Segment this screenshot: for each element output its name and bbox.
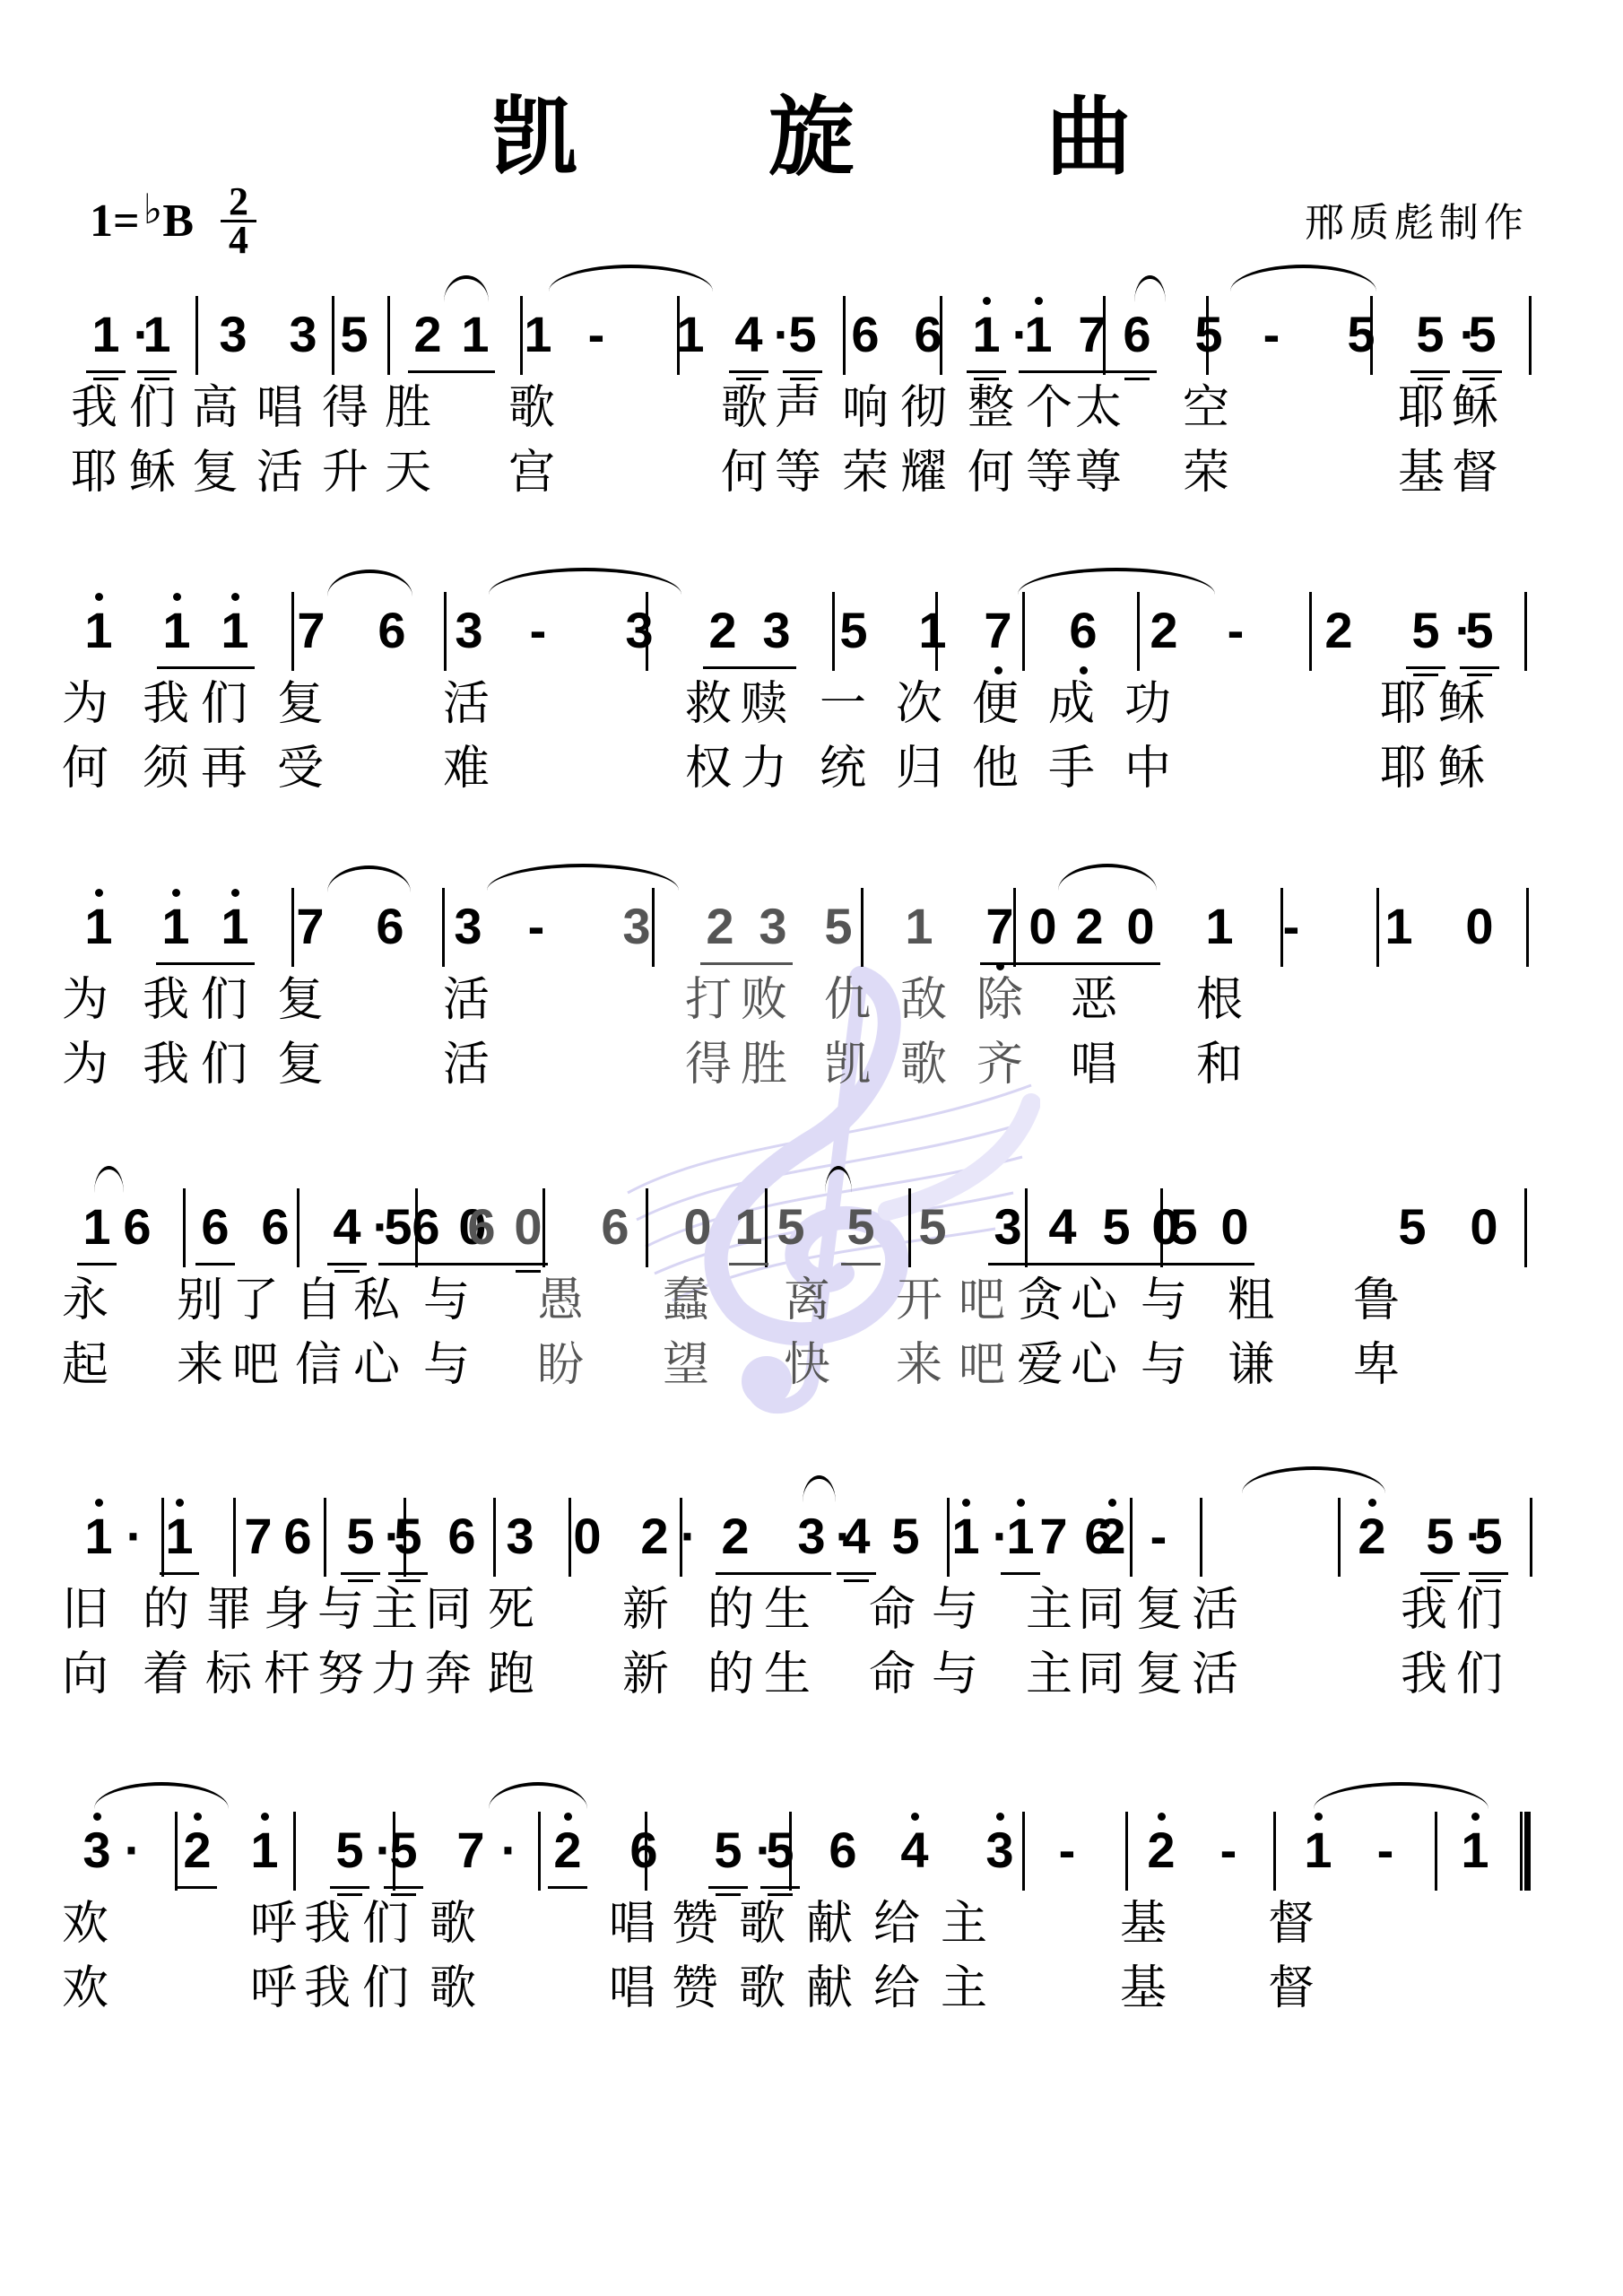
note: 6: [597, 1200, 633, 1254]
lyric-char: 打: [681, 973, 735, 1027]
lyric-char: 我: [67, 381, 121, 435]
sustain-dash: -: [1254, 308, 1289, 361]
note: 6: [372, 900, 408, 953]
lyric-char: 自: [291, 1274, 345, 1327]
lyric-char: 的: [704, 1583, 758, 1637]
slur-tie: [1018, 568, 1215, 595]
note: 6: [825, 1823, 861, 1877]
lyrics-verse-2: 向着标杆努力奔跑新的生命与主同复活我们: [0, 1648, 1623, 1701]
lyric-char: 响: [838, 381, 892, 435]
note: 4: [329, 1200, 365, 1254]
octave-high-dot-icon: [95, 889, 103, 897]
note: 6: [1119, 308, 1155, 361]
time-signature-top: 2: [229, 184, 248, 220]
lyric-char: 凯: [820, 1038, 874, 1091]
lyric-char: 们: [1453, 1648, 1506, 1701]
time-signature-bottom: 4: [229, 222, 248, 258]
beam-underline-second: [1418, 378, 1443, 380]
note: 7: [292, 900, 328, 953]
lyric-char: 整: [964, 381, 1018, 435]
note: 6: [464, 1200, 499, 1254]
lyric-char: 难: [439, 742, 493, 796]
lyric-char: 恶: [1067, 973, 1121, 1027]
barline: [1137, 592, 1140, 671]
lyric-char: 与: [928, 1648, 982, 1701]
augmentation-dot: ·: [680, 1509, 698, 1563]
beam-underline: [783, 370, 822, 373]
note: 3: [215, 308, 251, 361]
lyric-char: 败: [737, 973, 791, 1027]
sustain-dash: -: [1211, 1823, 1246, 1877]
lyric-char: 权: [681, 742, 735, 796]
note: 5: [1422, 1509, 1458, 1563]
beam-underline-second: [93, 378, 118, 380]
lyric-char: 呼: [247, 1961, 300, 2015]
octave-low-dot-icon: [1080, 666, 1088, 674]
note: 0: [510, 1200, 546, 1254]
lyric-char: 们: [126, 381, 179, 435]
beam-underline-second: [395, 1579, 421, 1582]
note: 1: [159, 604, 195, 657]
lyric-char: 我: [300, 1897, 354, 1951]
barline: [1130, 1498, 1133, 1577]
beam-underline: [195, 1263, 235, 1265]
lyric-char: 耶: [1376, 677, 1430, 731]
beam-underline-second: [144, 378, 169, 380]
lyric-char: 基: [1116, 1897, 1170, 1951]
note: 5: [343, 1509, 378, 1563]
lyric-char: 心: [350, 1338, 404, 1392]
lyric-char: 归: [892, 742, 946, 796]
lyric-char: 次: [892, 677, 946, 731]
note: 4: [1045, 1200, 1081, 1254]
lyric-char: 稣: [1435, 742, 1488, 796]
barline: [493, 1498, 496, 1577]
note: 1: [520, 308, 556, 361]
slur-tie: [1230, 265, 1376, 291]
beam-underline: [77, 1263, 117, 1265]
note: 1: [1002, 1509, 1038, 1563]
lyric-char: 基: [1394, 446, 1448, 500]
note: 1: [139, 308, 175, 361]
lyric-char: 我: [300, 1961, 354, 2015]
beam-underline: [837, 1572, 876, 1575]
note: 3: [619, 900, 655, 953]
lyric-char: 我: [1397, 1583, 1451, 1637]
note: 5: [1098, 1200, 1134, 1254]
note: 2: [179, 1823, 215, 1877]
note: 1: [1202, 900, 1237, 953]
lyrics-verse-1: 欢呼我们歌唱赞歌献给主基督: [0, 1897, 1623, 1951]
beam-underline-second: [1470, 378, 1495, 380]
lyric-char: 快: [780, 1338, 834, 1392]
note: 2: [1072, 900, 1107, 953]
beam-underline-second: [844, 1579, 869, 1582]
note: 3: [450, 900, 486, 953]
sustain-dash: -: [520, 604, 556, 657]
note: 1: [81, 900, 117, 953]
lyric-char: 等: [1022, 446, 1076, 500]
lyric-char: 敌: [897, 973, 950, 1027]
note: 7: [240, 1509, 276, 1563]
slur-tie: [489, 568, 681, 595]
note: 4: [838, 1509, 874, 1563]
octave-high-dot-icon: [1035, 297, 1043, 305]
beam-underline: [327, 1263, 367, 1265]
beam-underline: [384, 1886, 423, 1889]
lyric-char: 盼: [534, 1338, 587, 1392]
lyric-char: 给: [870, 1961, 924, 2015]
sustain-dash: -: [1218, 604, 1254, 657]
slur-tie: [489, 1782, 587, 1809]
slur-tie: [549, 265, 713, 291]
lyric-char: 等: [771, 446, 825, 500]
lyric-char: 复: [273, 973, 327, 1027]
note: 1: [79, 1200, 115, 1254]
slur-tie: [327, 865, 411, 892]
augmentation-dot: ·: [124, 1823, 142, 1877]
lyrics-verse-2: 欢呼我们歌唱赞歌献给主基督: [0, 1961, 1623, 2015]
note: 2: [1321, 604, 1357, 657]
barline: [387, 296, 390, 375]
barline: [1125, 1812, 1128, 1891]
lyric-char: 粗: [1224, 1274, 1278, 1327]
lyric-char: 歌: [735, 1961, 789, 2015]
barline: [1200, 1498, 1202, 1577]
beam-underline-second: [334, 1270, 360, 1273]
barline: [442, 888, 445, 967]
beam-underline: [408, 370, 495, 373]
beam-underline: [967, 370, 1006, 373]
lyric-char: 荣: [1179, 446, 1233, 500]
lyric-char: 歌: [426, 1961, 480, 2015]
lyric-char: 生: [760, 1583, 814, 1637]
note: 3: [79, 1823, 115, 1877]
slur-tie: [94, 1782, 229, 1809]
lyric-char: 成: [1045, 677, 1098, 731]
lyric-char: 给: [870, 1897, 924, 1951]
lyric-char: 须: [139, 742, 193, 796]
note: 1: [161, 1509, 197, 1563]
lyric-char: 同: [1074, 1583, 1128, 1637]
beam-underline: [703, 666, 796, 669]
note: 5: [762, 1823, 798, 1877]
lyric-char: 活: [253, 446, 307, 500]
sustain-dash: -: [1273, 900, 1309, 953]
note: 0: [680, 1200, 716, 1254]
beam-underline: [1410, 370, 1450, 373]
lyric-char: 活: [439, 677, 493, 731]
note: 2: [410, 308, 446, 361]
lyric-char: 力: [368, 1648, 421, 1701]
lyric-char: 离: [780, 1274, 834, 1327]
octave-high-dot-icon: [996, 1813, 1004, 1821]
octave-high-dot-icon: [261, 1813, 269, 1821]
note: 2: [702, 900, 738, 953]
note: 5: [390, 1509, 426, 1563]
lyric-char: 心: [1067, 1274, 1121, 1327]
slur-tie: [444, 275, 489, 302]
note: 6: [626, 1823, 662, 1877]
lyric-char: 何: [964, 446, 1018, 500]
lyric-char: 耶: [67, 446, 121, 500]
barline: [1022, 592, 1025, 671]
note: 5: [710, 1823, 746, 1877]
lyric-char: 根: [1193, 973, 1246, 1027]
note: 6: [197, 1200, 233, 1254]
lyric-char: 标: [202, 1648, 256, 1701]
lyric-char: 齐: [973, 1038, 1027, 1091]
lyrics-verse-2: 起来吧信心与盼望快来吧爱心与谦卑: [0, 1338, 1623, 1392]
note: 7: [1036, 1509, 1072, 1563]
barline: [297, 1188, 299, 1267]
lyric-char: 得: [681, 1038, 735, 1091]
lyric-char: 献: [803, 1897, 856, 1951]
lyric-char: 督: [1448, 446, 1502, 500]
lyric-char: 们: [197, 677, 251, 731]
beam-underline: [708, 1886, 748, 1889]
lyric-char: 胜: [381, 381, 435, 435]
octave-high-dot-icon: [1315, 1813, 1323, 1821]
beam-underline: [729, 1263, 768, 1265]
slur-tie: [803, 1475, 836, 1502]
note: 5: [1166, 1200, 1202, 1254]
barline: [1273, 1812, 1276, 1891]
lyric-char: 欢: [58, 1961, 112, 2015]
lyric-char: 歌: [735, 1897, 789, 1951]
beam-underline: [378, 1263, 548, 1265]
note: 6: [408, 1200, 444, 1254]
lyric-char: 赞: [668, 1961, 722, 2015]
lyric-char: 生: [760, 1648, 814, 1701]
lyric-char: 个: [1022, 381, 1076, 435]
barline: [1376, 888, 1379, 967]
note: 3: [759, 604, 794, 657]
beam-underline-second: [1413, 674, 1438, 676]
lyric-char: 何: [717, 446, 771, 500]
beam-underline: [548, 1886, 587, 1889]
beam-underline: [156, 962, 255, 965]
lyric-char: 歌: [717, 381, 771, 435]
note: 6: [444, 1509, 480, 1563]
lyric-char: 力: [737, 742, 791, 796]
octave-high-dot-icon: [95, 1499, 103, 1507]
lyric-char: 跑: [484, 1648, 538, 1701]
lyric-char: 歌: [505, 381, 559, 435]
note: 3: [990, 1200, 1026, 1254]
note: 2: [550, 1823, 586, 1877]
lyric-char: 命: [865, 1583, 919, 1637]
barline: [195, 296, 198, 375]
lyric-char: 与: [420, 1338, 473, 1392]
lyric-char: 鲁: [1350, 1274, 1403, 1327]
lyric-char: 歌: [897, 1038, 950, 1091]
note: 6: [257, 1200, 293, 1254]
barline: [233, 1498, 236, 1577]
note: 5: [1464, 308, 1500, 361]
lyrics-verse-2: 为我们复活得胜凯歌齐唱和: [0, 1038, 1623, 1091]
note: 2: [717, 1509, 753, 1563]
note: 7: [1074, 308, 1110, 361]
beam-underline: [760, 1886, 800, 1889]
sustain-dash: -: [578, 308, 614, 361]
note: 5: [336, 308, 372, 361]
octave-high-dot-icon: [176, 1499, 184, 1507]
lyric-char: 一: [816, 677, 870, 731]
lyric-char: 新: [619, 1583, 673, 1637]
barline: [332, 296, 334, 375]
note: 5: [1471, 1509, 1506, 1563]
lyric-char: 为: [58, 973, 112, 1027]
octave-high-dot-icon: [1017, 1499, 1025, 1507]
beam-underline: [160, 1572, 199, 1575]
beam-underline: [729, 370, 768, 373]
lyric-char: 活: [1188, 1583, 1242, 1637]
note: 1: [217, 604, 253, 657]
note: 5: [888, 1509, 924, 1563]
beam-underline-second: [348, 1579, 373, 1582]
lyric-char: 呼: [247, 1897, 300, 1951]
octave-high-dot-icon: [1158, 1813, 1166, 1821]
lyric-char: 罪: [202, 1583, 256, 1637]
note: 3: [502, 1509, 538, 1563]
lyric-char: 主: [368, 1583, 421, 1637]
lyric-char: 复: [188, 446, 242, 500]
octave-high-dot-icon: [173, 593, 181, 601]
note: 5: [1191, 308, 1227, 361]
note: 6: [280, 1509, 316, 1563]
lyrics-verse-1: 永别了自私与愚蠢离开吧贪心与粗鲁: [0, 1274, 1623, 1327]
beam-underline-second: [1124, 378, 1150, 380]
lyric-char: 宫: [505, 446, 559, 500]
lyric-char: 欢: [58, 1897, 112, 1951]
lyric-char: 贪: [1013, 1274, 1067, 1327]
lyric-char: 卑: [1350, 1338, 1403, 1392]
lyric-char: 永: [58, 1274, 112, 1327]
beam-underline-second: [736, 378, 761, 380]
slur-tie: [94, 1166, 124, 1193]
lyric-char: 新: [619, 1648, 673, 1701]
beam-underline: [1406, 666, 1445, 669]
lyric-char: 别: [173, 1274, 227, 1327]
note: 5: [1343, 308, 1379, 361]
note: 1: [1457, 1823, 1493, 1877]
lyric-char: 同: [1074, 1648, 1128, 1701]
note: 2: [1094, 1509, 1130, 1563]
octave-high-dot-icon: [194, 1813, 202, 1821]
barline: [293, 1812, 296, 1891]
final-barline: [1520, 1812, 1531, 1891]
barline: [646, 1188, 648, 1267]
note: 7: [293, 604, 329, 657]
barline: [1530, 1498, 1532, 1577]
lyrics-verse-1: 我们高唱得胜歌歌声响彻整个太空耶稣: [0, 381, 1623, 435]
note: 3: [621, 604, 657, 657]
flat-icon: ♭: [143, 185, 163, 233]
note: 2: [1143, 1823, 1179, 1877]
barline: [183, 1188, 186, 1267]
lyric-char: 我: [139, 677, 193, 731]
lyric-char: 救: [681, 677, 735, 731]
lyric-char: 荣: [838, 446, 892, 500]
note: 0: [1123, 900, 1159, 953]
lyric-char: 为: [58, 1038, 112, 1091]
lyric-char: 胜: [737, 1038, 791, 1091]
note: 3: [285, 308, 321, 361]
octave-high-dot-icon: [1368, 1499, 1376, 1507]
note: 0: [1466, 1200, 1502, 1254]
lyric-char: 歌: [426, 1897, 480, 1951]
octave-high-dot-icon: [95, 593, 103, 601]
lyric-char: 旧: [58, 1583, 112, 1637]
beam-underline: [988, 1263, 1254, 1265]
beam-underline-second: [768, 1893, 793, 1896]
time-signature: 2 4: [221, 184, 256, 258]
lyric-char: 与: [314, 1583, 368, 1637]
lyric-char: 尊: [1072, 446, 1125, 500]
note: 4: [731, 308, 767, 361]
note: 1: [901, 900, 937, 953]
note: 3: [794, 1509, 829, 1563]
octave-high-dot-icon: [911, 1813, 919, 1821]
beam-underline: [157, 666, 255, 669]
author-credit: 邢质彪制作: [1305, 190, 1529, 248]
note: 1: [217, 900, 253, 953]
lyric-char: 赎: [737, 677, 791, 731]
sustain-dash: -: [1367, 1823, 1403, 1877]
lyric-char: 仇: [820, 973, 874, 1027]
lyric-char: 起: [58, 1338, 112, 1392]
lyric-char: 们: [197, 973, 251, 1027]
lyric-char: 赞: [668, 1897, 722, 1951]
beam-underline: [86, 370, 126, 373]
slur-tie: [1058, 864, 1157, 891]
lyric-char: 吧: [229, 1338, 282, 1392]
note: 1: [673, 308, 708, 361]
note: 0: [1025, 900, 1061, 953]
note: 5: [386, 1823, 421, 1877]
sustain-dash: -: [1141, 1509, 1176, 1563]
octave-high-dot-icon: [1108, 1499, 1116, 1507]
note: 4: [897, 1823, 933, 1877]
lyric-char: 的: [139, 1583, 193, 1637]
lyric-char: 再: [197, 742, 251, 796]
note: 3: [451, 604, 487, 657]
note: 0: [1217, 1200, 1253, 1254]
note: 2: [1146, 604, 1182, 657]
note: 3: [982, 1823, 1018, 1877]
lyric-char: 吧: [955, 1274, 1009, 1327]
lyric-char: 们: [359, 1897, 412, 1951]
note: 5: [773, 1200, 809, 1254]
note: 1: [457, 308, 493, 361]
lyric-char: 手: [1045, 742, 1098, 796]
note: 1: [1020, 308, 1056, 361]
slur-tie: [487, 864, 679, 891]
key-signature: 1= ♭ B 2 4: [90, 184, 256, 258]
lyric-char: 功: [1121, 677, 1175, 731]
note: 1: [81, 1509, 117, 1563]
note: 1: [915, 604, 950, 657]
beam-underline: [341, 1572, 380, 1575]
lyric-char: 太: [1072, 381, 1125, 435]
note: 1: [948, 1509, 984, 1563]
note: 7: [453, 1823, 489, 1877]
lyric-char: 稣: [1435, 677, 1488, 731]
note: 0: [569, 1509, 605, 1563]
lyric-char: 私: [350, 1274, 404, 1327]
lyric-char: 复: [273, 1038, 327, 1091]
